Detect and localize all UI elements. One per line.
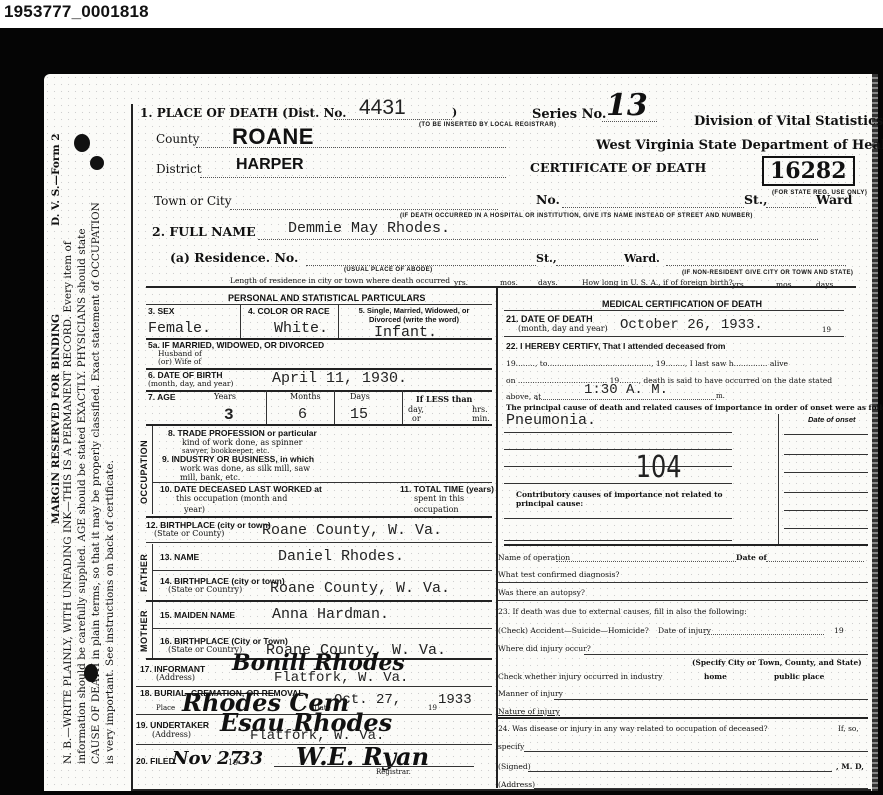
less-than-label: If LESS than (416, 394, 472, 404)
divider (274, 766, 474, 767)
specify-location-note: (Specify City or Town, County, and State… (692, 658, 862, 667)
divider (504, 518, 732, 519)
ink-blot (90, 156, 104, 170)
margin-note-line-2: information should be carefully supplied… (76, 228, 88, 764)
injury-check-label: Check whether injury occurred in industr… (498, 672, 662, 681)
filed-year-prefix: 19 (228, 758, 238, 767)
divider (498, 582, 868, 583)
registrar-label: Registrar. (376, 768, 411, 776)
race-value: White. (274, 320, 328, 337)
test-label: What test confirmed diagnosis? (498, 570, 619, 579)
place-st-label: St., (744, 192, 768, 207)
nonresident-note: (IF NON-RESIDENT GIVE CITY OR TOWN AND S… (682, 270, 853, 276)
divider (784, 472, 868, 473)
divider (534, 788, 868, 789)
trade-label: 8. TRADE PROFESSION or particular (168, 428, 317, 438)
date-of-onset-label: Date of onset (808, 415, 856, 424)
occupation-section-label: OCCUPATION (139, 440, 149, 504)
industry-label: 9. INDUSTRY OR BUSINESS, in which (162, 454, 314, 464)
divider (784, 454, 868, 455)
divider (136, 686, 492, 687)
father-birthplace-sub: (State or Country) (168, 585, 242, 594)
divider (266, 390, 267, 424)
full-name-value: Demmie May Rhodes. (288, 220, 450, 237)
public-place-label: public place (774, 672, 824, 681)
if-so-label: If, so, (838, 724, 859, 733)
days-label: Days (350, 392, 370, 401)
county-value: ROANE (232, 124, 314, 150)
contributory-causes-label: Contributory causes of importance not re… (516, 490, 736, 508)
burial-year-value: 1933 (438, 692, 472, 708)
divider (146, 542, 492, 543)
last-worked-label: 10. DATE DECEASED LAST WORKED at (160, 484, 322, 494)
divider (554, 699, 868, 700)
divider (498, 717, 868, 719)
marital-label: 5. Single, Married, Widowed, or Divorced… (344, 306, 484, 324)
divider (784, 510, 868, 511)
divider (784, 528, 868, 529)
date-of-death-value: October 26, 1933. (620, 317, 763, 333)
injury-where-label: Where did injury occur? (498, 644, 591, 653)
divider (524, 751, 868, 752)
injury-date-label: Date of injury (658, 626, 711, 635)
divider (504, 483, 732, 484)
margin-note-line-4: is very important. See instructions on b… (104, 460, 116, 764)
wife-label: (or) Wife of (158, 357, 201, 366)
operation-field (556, 552, 736, 562)
age-years-value: 3 (224, 406, 234, 424)
death-occurred-line: on .....................................… (506, 376, 832, 385)
ink-blot (84, 664, 98, 682)
age-label: 7. AGE (148, 392, 176, 402)
cause-code-handwritten: 104 (636, 450, 682, 485)
birthplace-value: Roane County, W. Va. (262, 522, 442, 539)
less-min-label: min. (472, 414, 490, 423)
total-time-occupation-label: occupation (414, 505, 459, 514)
place-ward-label: Ward (816, 192, 852, 207)
specify-label: specify (498, 742, 524, 751)
certify-label: 22. I HEREBY CERTIFY, That I attended de… (506, 341, 725, 351)
divider (504, 544, 868, 546)
dob-value: April 11, 1930. (272, 370, 407, 387)
father-birthplace-value: Roane County, W. Va. (270, 580, 450, 597)
ink-blot (74, 134, 90, 152)
injury-manner-label: Manner of injury (498, 689, 563, 698)
residence-divider (146, 286, 856, 288)
burial-place-label: Place (156, 704, 175, 712)
town-label: Town or City (154, 194, 232, 208)
divider (498, 600, 868, 601)
injury-19-label: 19 (834, 626, 844, 635)
autopsy-label: Was there an autopsy? (498, 588, 585, 597)
mother-maiden-value: Anna Hardman. (272, 606, 389, 623)
father-name-label: 13. NAME (160, 552, 199, 562)
residence-st-field (556, 252, 624, 266)
cause-of-death-value: Pneumonia. (506, 412, 596, 429)
divider (504, 432, 732, 433)
divider (146, 304, 492, 305)
hospital-note: (IF DEATH OCCURRED IN A HOSPITAL OR INST… (400, 213, 753, 219)
divider (778, 414, 779, 544)
form-code: D. V. S.—Form 2 (50, 133, 62, 226)
series-label: Series No. (532, 107, 606, 122)
filed-label: 20. FILED (136, 756, 175, 766)
dist-no-value: 4431 (359, 96, 406, 120)
series-note: (TO BE INSERTED BY LOCAL REGISTRAR) (419, 122, 556, 128)
attended-dates-line: 19........, to..........................… (506, 359, 788, 368)
time-of-death-value: 1:30 A. M. (584, 382, 668, 398)
residence-ward-label: Ward. (624, 252, 660, 265)
industry-sub-label-2: mill, bank, etc. (180, 473, 240, 482)
operation-date-label: Date of (736, 553, 767, 562)
certificate-number: 16282 (762, 156, 855, 186)
divider (504, 466, 732, 467)
divider (146, 516, 492, 518)
operation-date-field (766, 552, 864, 562)
residence-ward-field (666, 252, 846, 266)
accident-check-label: (Check) Accident—Suicide—Homicide? (498, 626, 649, 635)
place-of-death-label: 1. PLACE OF DEATH (Dist. No. (140, 106, 346, 120)
district-label: District (156, 162, 202, 176)
total-time-sub-label: spent in this (414, 494, 464, 503)
filed-year-value: 33 (238, 748, 263, 769)
divider (504, 336, 844, 337)
sex-label: 3. SEX (148, 306, 174, 316)
medical-section-title: MEDICAL CERTIFICATION OF DEATH (602, 299, 762, 309)
margin-binding-note: MARGIN RESERVED FOR BINDING (50, 314, 62, 524)
district-value: HARPER (236, 156, 304, 174)
industry-sub-label: work was done, as silk mill, saw (180, 464, 310, 473)
divider (504, 540, 732, 541)
undertaker-label: 19. UNDERTAKER (136, 720, 209, 730)
usual-abode-note: (USUAL PLACE OF ABODE) (344, 267, 432, 273)
dod-19-label: 19 (822, 326, 831, 334)
residence-st-label: St., (536, 252, 557, 265)
full-name-label: 2. FULL NAME (152, 224, 256, 239)
divider (152, 570, 492, 571)
injury-date-field (704, 625, 824, 635)
county-label: County (156, 132, 199, 146)
divider (146, 600, 492, 602)
time-m-label: m. (716, 392, 725, 400)
divider (504, 449, 732, 450)
physician-address-label: (Address) (498, 780, 535, 789)
informant-address-label: (Address) (156, 673, 195, 682)
mother-section-label: MOTHER (139, 610, 149, 652)
last-worked-year-label: year) (184, 505, 205, 514)
division-title: Division of Vital Statistics (694, 114, 883, 129)
divider (152, 602, 153, 658)
place-no-field (562, 192, 744, 208)
trade-sub-label: kind of work done, as spinner (182, 438, 302, 447)
external-causes-label: 23. If death was due to external causes,… (498, 607, 747, 616)
burial-year-prefix: 19 (428, 704, 437, 712)
divider (338, 304, 339, 338)
residence-no-field (306, 250, 536, 266)
divider (146, 424, 492, 426)
divider (152, 628, 492, 629)
personal-section-title: PERSONAL AND STATISTICAL PARTICULARS (228, 293, 425, 303)
father-name-value: Daniel Rhodes. (278, 548, 404, 565)
sex-value: Female. (148, 320, 211, 337)
form-left-border (131, 104, 133, 789)
divider (152, 482, 492, 483)
undertaker-address-label: (Address) (152, 730, 191, 739)
divider (504, 310, 844, 311)
age-days-value: 15 (350, 406, 368, 423)
image-id-label: 1953777_0001818 (4, 2, 149, 22)
informant-address-value: Flatfork, W. Va. (274, 670, 408, 686)
department-title: West Virginia State Department of Health (596, 138, 883, 153)
paper-edge (872, 74, 878, 791)
mother-maiden-label: 15. MAIDEN NAME (160, 610, 235, 620)
place-no-label: No. (536, 192, 560, 207)
divider (584, 654, 868, 655)
residence-label: (a) Residence. No. (170, 250, 298, 265)
death-certificate: MARGIN RESERVED FOR BINDING N. B.—WRITE … (44, 74, 878, 791)
occupation-related-label: 24. Was disease or injury in any way rel… (498, 724, 768, 733)
less-day-label: day, (408, 405, 424, 414)
age-months-value: 6 (298, 406, 307, 423)
burial-date-value: Oct. 27, (334, 692, 401, 708)
certificate-title: CERTIFICATE OF DEATH (530, 160, 706, 175)
principal-cause-label: The principal cause of death and related… (506, 403, 883, 412)
signed-label: (Signed) (498, 762, 531, 771)
md-label: , M. D, (836, 762, 864, 771)
less-or-label: or (412, 414, 421, 423)
divider (240, 304, 241, 338)
father-section-label: FATHER (139, 554, 149, 592)
dist-no-close: ) (452, 106, 457, 119)
injury-nature-label: Nature of injury (498, 707, 560, 716)
race-label: 4. COLOR OR RACE (248, 306, 330, 316)
town-field (230, 194, 498, 210)
months-label: Months (290, 392, 321, 401)
divider (528, 771, 832, 772)
form-bottom-border (131, 789, 871, 791)
total-time-label: 11. TOTAL TIME (years) (400, 484, 494, 494)
place-ward-field (766, 192, 816, 208)
margin-note-line-1: N. B.—WRITE PLAINLY, WITH UNFADING INK—T… (62, 241, 74, 764)
less-hrs-label: hrs. (472, 405, 488, 414)
divider (152, 544, 153, 600)
residence-length-label: Length of residence in city or town wher… (230, 276, 450, 285)
divider (784, 434, 868, 435)
last-worked-sub-label: this occupation (month and (176, 494, 287, 503)
divider (402, 390, 403, 424)
years-label: Years (214, 392, 236, 401)
divider (152, 426, 153, 514)
dob-sub-label: (month, day, and year) (148, 379, 233, 388)
series-value: 13 (606, 88, 648, 123)
divider (784, 492, 868, 493)
date-of-death-sub: (month, day and year) (518, 324, 608, 333)
date-of-death-label: 21. DATE OF DEATH (506, 314, 593, 324)
divider (334, 390, 335, 424)
birthplace-sub-label: (State or County) (154, 529, 224, 538)
home-label: home (704, 672, 727, 681)
